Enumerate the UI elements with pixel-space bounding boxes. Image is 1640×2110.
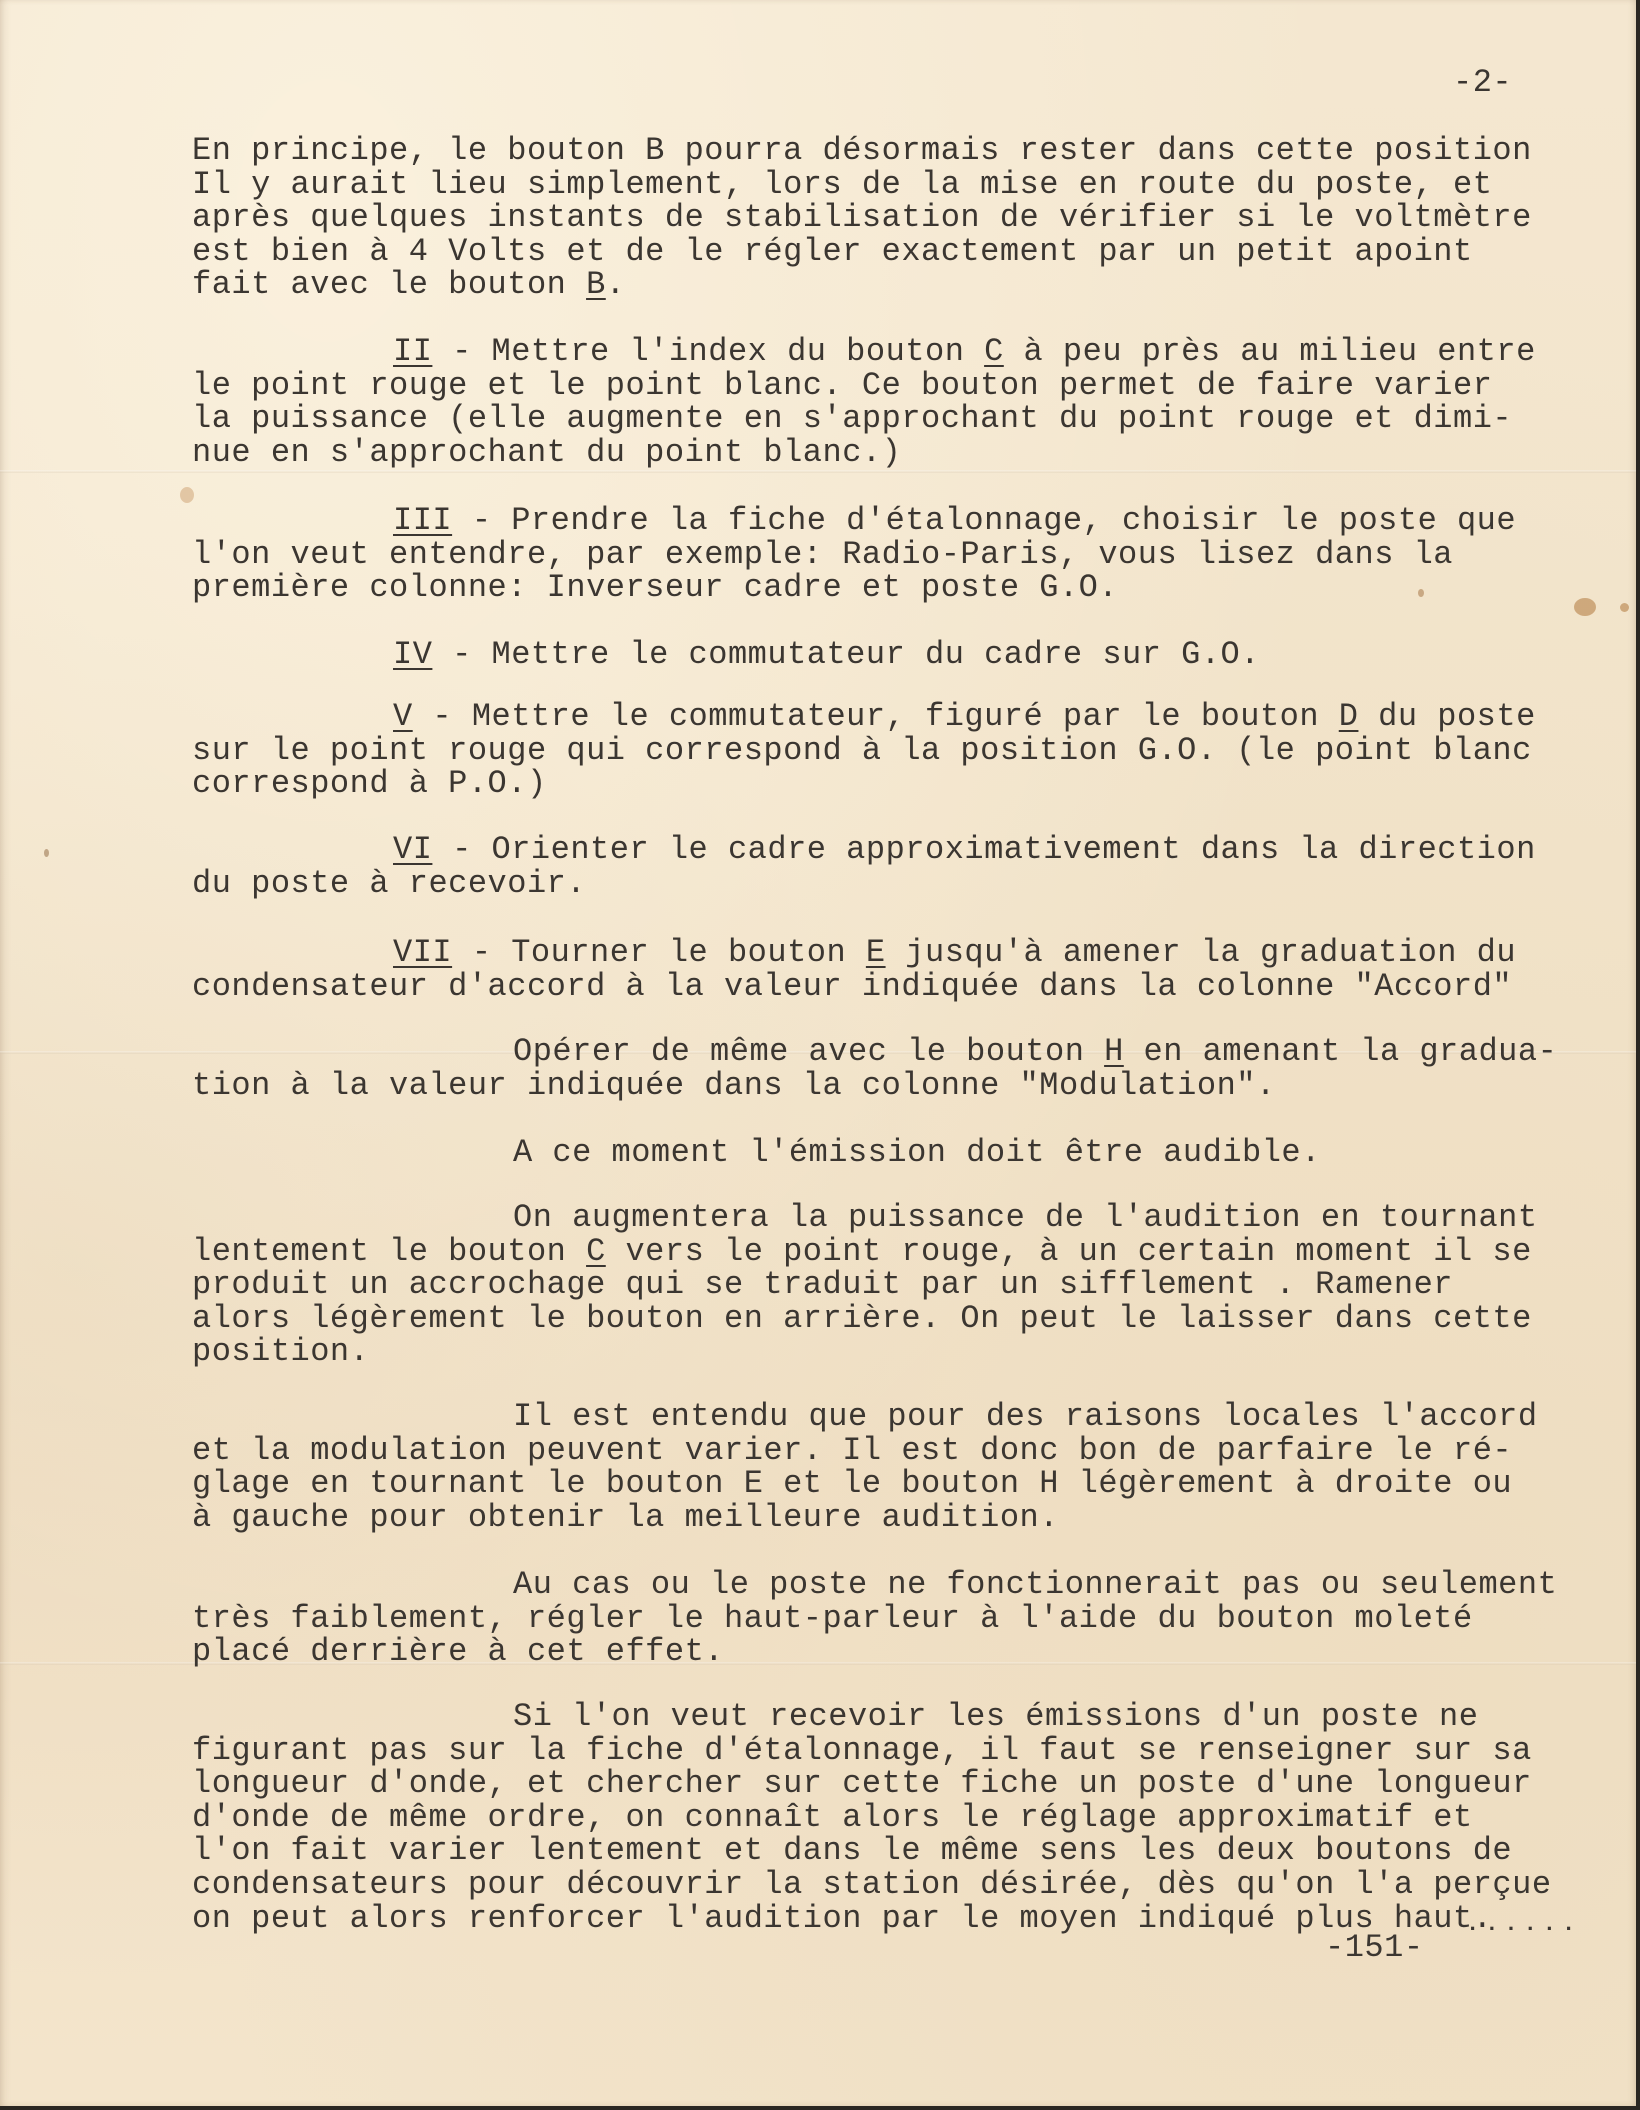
text-line: sur le point rouge qui correspond à la p… [192,734,1536,768]
text-line: Opérer de même avec le bouton H en amena… [192,1035,1557,1069]
text-segment: - Mettre l'index du bouton [432,333,984,370]
text-segment: placé derrière à cet effet. [192,1633,724,1670]
text-segment: figurant pas sur la fiche d'étalonnage, … [192,1732,1532,1769]
paragraph-fine-tuning: Il est entendu que pour des raisons loca… [192,1400,1538,1534]
paragraph-loudspeaker: Au cas ou le poste ne fonctionnerait pas… [192,1568,1557,1669]
text-line: condensateur d'accord à la valeur indiqu… [192,970,1516,1004]
underlined-text: II [393,333,432,370]
paragraph-step-5: V - Mettre le commutateur, figuré par le… [192,700,1536,801]
text-line: la puissance (elle augmente en s'approch… [192,402,1536,436]
paragraph-step-4: IV - Mettre le commutateur du cadre sur … [192,638,1260,672]
underlined-text: C [984,333,1004,370]
paragraph-step-3: III - Prendre la fiche d'étalonnage, cho… [192,504,1516,605]
text-segment: l'on fait varier lentement et dans le mê… [192,1832,1512,1869]
underlined-text: H [1104,1033,1124,1070]
text-segment: nue en s'approchant du point blanc.) [192,434,901,471]
underlined-text: B [586,266,606,303]
text-line: condensateurs pour découvrir la station … [192,1868,1552,1902]
text-line: du poste à recevoir. [192,867,1536,901]
text-line: nue en s'approchant du point blanc.) [192,436,1536,470]
text-segment: du poste [1358,698,1535,735]
text-segment: . [606,266,626,303]
text-segment: glage en tournant le bouton E et le bout… [192,1465,1512,1502]
text-segment: produit un accrochage qui se traduit par… [192,1266,1453,1303]
text-line: VI - Orienter le cadre approximativement… [192,833,1536,867]
text-line: V - Mettre le commutateur, figuré par le… [192,700,1536,734]
paragraph-step-2: II - Mettre l'index du bouton C à peu pr… [192,335,1536,469]
text-segment: - Orienter le cadre approximativement da… [432,831,1535,868]
text-line: A ce moment l'émission doit être audible… [192,1136,1321,1170]
text-line: produit un accrochage qui se traduit par… [192,1268,1538,1302]
paragraph-step-6: VI - Orienter le cadre approximativement… [192,833,1536,900]
text-line: lentement le bouton C vers le point roug… [192,1235,1538,1269]
text-line: et la modulation peuvent varier. Il est … [192,1434,1538,1468]
paragraph-volume: On augmentera la puissance de l'audition… [192,1201,1538,1369]
text-segment: et la modulation peuvent varier. Il est … [192,1432,1512,1469]
text-segment: Au cas ou le poste ne fonctionnerait pas… [513,1566,1557,1603]
page-number-bottom: -151- [1325,1931,1424,1965]
text-line: tion à la valeur indiquée dans la colonn… [192,1069,1557,1103]
text-line: En principe, le bouton B pourra désormai… [192,134,1532,168]
text-segment: tion à la valeur indiquée dans la colonn… [192,1067,1276,1104]
text-segment: du poste à recevoir. [192,865,586,902]
text-segment: jusqu'à amener la graduation du [886,934,1517,971]
text-line: est bien à 4 Volts et de le régler exact… [192,235,1532,269]
text-line: Il y aurait lieu simplement, lors de la … [192,168,1532,202]
paragraph-step-7: VII - Tourner le bouton E jusqu'à amener… [192,936,1516,1003]
text-line: On augmentera la puissance de l'audition… [192,1201,1538,1235]
text-segment: fait avec le bouton [192,266,586,303]
underlined-text: III [393,502,452,539]
text-segment: - Mettre le commutateur, figuré par le b… [413,698,1339,735]
text-line: très faiblement, régler le haut-parleur … [192,1602,1557,1636]
text-segment: à gauche pour obtenir la meilleure audit… [192,1499,1059,1536]
text-segment: - Prendre la fiche d'étalonnage, choisir… [452,502,1516,539]
text-segment: Si l'on veut recevoir les émissions d'un… [513,1698,1478,1735]
text-segment: condensateurs pour découvrir la station … [192,1866,1552,1903]
text-segment: d'onde de même ordre, on connaît alors l… [192,1799,1473,1836]
underlined-text: V [393,698,413,735]
underlined-text: C [586,1233,606,1270]
text-segment: Opérer de même avec le bouton [513,1033,1104,1070]
paragraph-step-7b: Opérer de même avec le bouton H en amena… [192,1035,1557,1102]
underlined-text: D [1339,698,1359,735]
text-segment: en amenant la gradua- [1124,1033,1557,1070]
text-segment: on peut alors renforcer l'audition par l… [192,1900,1492,1937]
text-segment: première colonne: Inverseur cadre et pos… [192,569,1118,606]
text-segment: correspond à P.O.) [192,765,547,802]
paragraph-other-stations: Si l'on veut recevoir les émissions d'un… [192,1700,1552,1935]
underlined-text: VI [393,831,432,868]
continuation-dots: ...... [1466,1912,1581,1937]
text-segment: longueur d'onde, et chercher sur cette f… [192,1765,1532,1802]
text-line: Au cas ou le poste ne fonctionnerait pas… [192,1568,1557,1602]
text-segment: très faiblement, régler le haut-parleur … [192,1600,1473,1637]
page-number-top: -2- [1453,66,1512,100]
text-segment: Il y aurait lieu simplement, lors de la … [192,166,1492,203]
text-line: l'on fait varier lentement et dans le mê… [192,1834,1552,1868]
text-segment: la puissance (elle augmente en s'approch… [192,400,1512,437]
text-segment: vers le point rouge, à un certain moment… [606,1233,1532,1270]
text-segment: sur le point rouge qui correspond à la p… [192,732,1532,769]
paragraph-intro: En principe, le bouton B pourra désormai… [192,134,1532,302]
typed-document: -2- En principe, le bouton B pourra déso… [0,0,1640,2110]
text-line: II - Mettre l'index du bouton C à peu pr… [192,335,1536,369]
text-segment: En principe, le bouton B pourra désormai… [192,132,1532,169]
underlined-text: E [866,934,886,971]
text-segment: On augmentera la puissance de l'audition… [513,1199,1538,1236]
text-segment: lentement le bouton [192,1233,586,1270]
text-line: figurant pas sur la fiche d'étalonnage, … [192,1734,1552,1768]
text-line: correspond à P.O.) [192,767,1536,801]
text-segment: condensateur d'accord à la valeur indiqu… [192,968,1512,1005]
text-line: alors légèrement le bouton en arrière. O… [192,1302,1538,1336]
text-line: III - Prendre la fiche d'étalonnage, cho… [192,504,1516,538]
text-segment: l'on veut entendre, par exemple: Radio-P… [192,536,1453,573]
text-line: IV - Mettre le commutateur du cadre sur … [192,638,1260,672]
text-line: Si l'on veut recevoir les émissions d'un… [192,1700,1552,1734]
text-line: l'on veut entendre, par exemple: Radio-P… [192,538,1516,572]
text-line: longueur d'onde, et chercher sur cette f… [192,1767,1552,1801]
text-line: le point rouge et le point blanc. Ce bou… [192,369,1536,403]
text-segment: A ce moment l'émission doit être audible… [513,1134,1321,1171]
text-line: glage en tournant le bouton E et le bout… [192,1467,1538,1501]
text-segment: alors légèrement le bouton en arrière. O… [192,1300,1532,1337]
text-segment: Il est entendu que pour des raisons loca… [513,1398,1538,1435]
underlined-text: VII [393,934,452,971]
text-line: première colonne: Inverseur cadre et pos… [192,571,1516,605]
text-segment: - Mettre le commutateur du cadre sur G.O… [432,636,1260,673]
text-segment: à peu près au milieu entre [1004,333,1536,370]
paragraph-audible: A ce moment l'émission doit être audible… [192,1136,1321,1170]
text-line: fait avec le bouton B. [192,268,1532,302]
text-segment: après quelques instants de stabilisation… [192,199,1532,236]
text-segment: position. [192,1333,369,1370]
text-line: VII - Tourner le bouton E jusqu'à amener… [192,936,1516,970]
text-line: Il est entendu que pour des raisons loca… [192,1400,1538,1434]
text-segment: est bien à 4 Volts et de le régler exact… [192,233,1473,270]
text-line: d'onde de même ordre, on connaît alors l… [192,1801,1552,1835]
text-line: position. [192,1335,1538,1369]
text-segment: - Tourner le bouton [452,934,866,971]
text-line: à gauche pour obtenir la meilleure audit… [192,1501,1538,1535]
text-line: placé derrière à cet effet. [192,1635,1557,1669]
underlined-text: IV [393,636,432,673]
text-segment: le point rouge et le point blanc. Ce bou… [192,367,1492,404]
text-line: après quelques instants de stabilisation… [192,201,1532,235]
